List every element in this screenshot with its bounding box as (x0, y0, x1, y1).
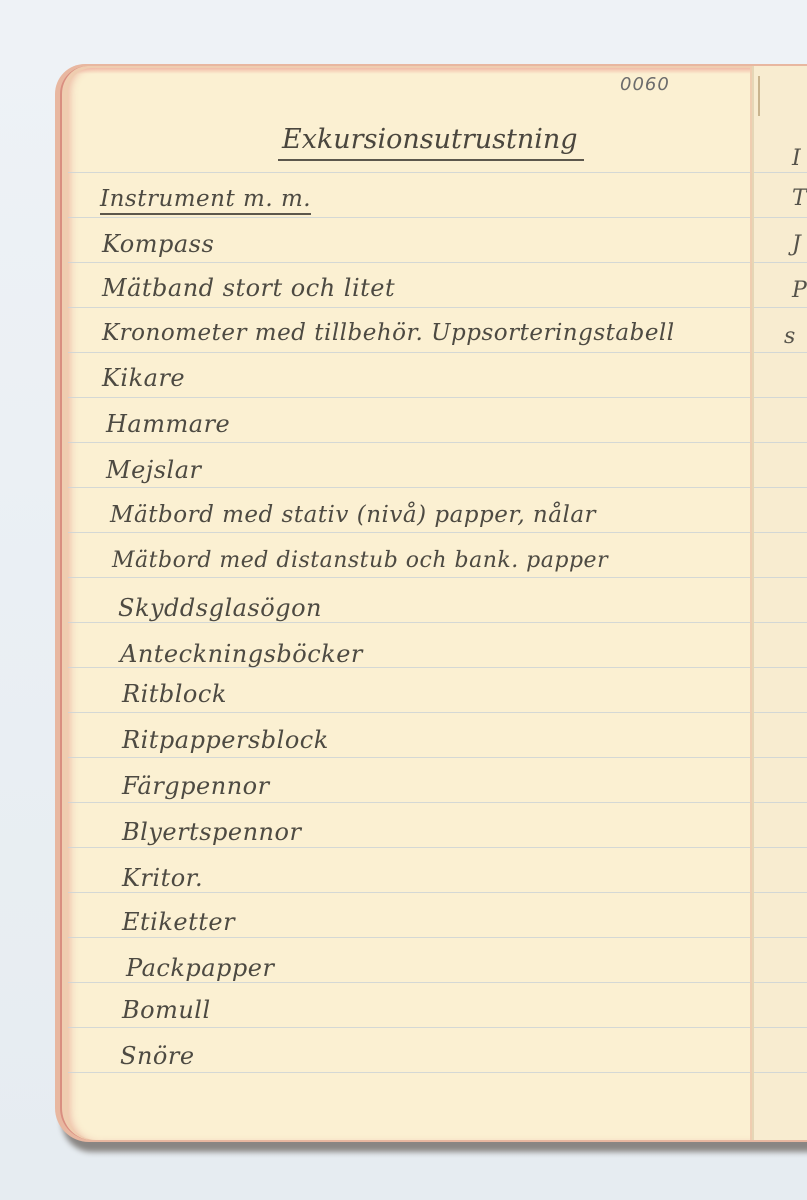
section-heading: Instrument m. m. (100, 186, 311, 215)
list-item: Packpapper (126, 954, 274, 982)
facing-page-fragment: J (792, 232, 801, 257)
rule-line (754, 172, 807, 173)
rule-line (68, 577, 750, 578)
rule-line (754, 352, 807, 353)
list-item: Hammare (106, 410, 230, 438)
rule-line (68, 757, 750, 758)
list-item: Mätbord med distanstub och bank. papper (112, 548, 608, 573)
rule-line (754, 217, 807, 218)
list-item: Skyddsglasögon (118, 594, 322, 622)
rule-line (754, 262, 807, 263)
rule-line (68, 1072, 750, 1073)
list-item: Blyertspennor (122, 818, 301, 846)
list-item: Färgpennor (122, 772, 270, 800)
rule-line (754, 757, 807, 758)
list-item: Kompass (102, 230, 214, 258)
list-item: Mätband stort och litet (102, 274, 395, 302)
rule-line (68, 937, 750, 938)
facing-page-fragment: s (784, 324, 795, 349)
list-item: Ritpappersblock (122, 726, 329, 754)
rule-line (68, 172, 750, 173)
rule-line (754, 847, 807, 848)
rule-line (754, 712, 807, 713)
rule-line (754, 802, 807, 803)
rule-line (68, 982, 750, 983)
page-number: 0060 (620, 74, 670, 95)
notebook-page: 0060 Exkursionsutrustning Instrument m. … (68, 68, 750, 1140)
rule-line (754, 937, 807, 938)
rule-line (754, 622, 807, 623)
facing-page: I T J P s (752, 66, 807, 1140)
rule-line (68, 892, 750, 893)
list-item: Snöre (120, 1042, 195, 1070)
rule-line (68, 352, 750, 353)
page-title: Exkursionsutrustning (278, 124, 584, 161)
rule-line (754, 667, 807, 668)
rule-line (68, 622, 750, 623)
rule-line (754, 532, 807, 533)
list-item: Etiketter (122, 908, 235, 936)
list-item: Kritor. (122, 864, 203, 892)
rule-line (754, 892, 807, 893)
list-item: Mätbord med stativ (nivå) papper, nålar (110, 502, 596, 528)
rule-line (68, 802, 750, 803)
rule-line (754, 1027, 807, 1028)
list-item: Anteckningsböcker (120, 640, 363, 668)
list-item: Mejslar (106, 456, 202, 484)
rule-line (754, 397, 807, 398)
rule-line (68, 217, 750, 218)
rule-line (68, 487, 750, 488)
list-item: Kronometer med tillbehör. Uppsorteringst… (102, 320, 675, 346)
rule-line (68, 442, 750, 443)
list-item: Kikare (102, 364, 185, 392)
rule-line (68, 397, 750, 398)
rule-line (68, 307, 750, 308)
rule-line (754, 487, 807, 488)
rule-line (754, 442, 807, 443)
rule-line (754, 982, 807, 983)
list-item: Ritblock (122, 680, 227, 708)
list-item: Bomull (122, 996, 211, 1024)
spine-mark (758, 76, 760, 116)
rule-line (68, 532, 750, 533)
rule-line (68, 262, 750, 263)
facing-page-fragment: P (792, 278, 807, 303)
rule-line (754, 307, 807, 308)
rule-line (68, 1027, 750, 1028)
rule-line (68, 847, 750, 848)
facing-page-fragment: I (792, 146, 801, 171)
rule-line (754, 577, 807, 578)
rule-line (68, 712, 750, 713)
facing-page-fragment: T (792, 186, 807, 211)
rule-line (754, 1072, 807, 1073)
